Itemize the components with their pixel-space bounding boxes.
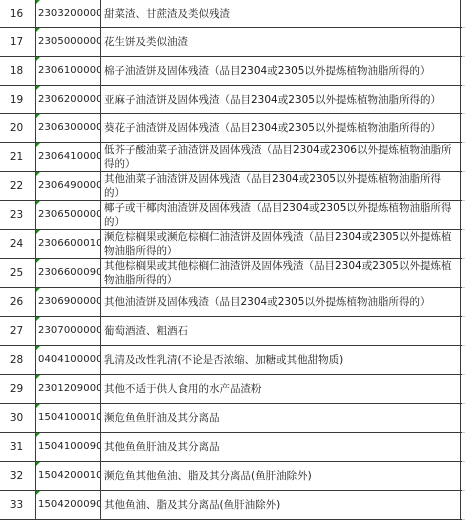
error-indicator-icon	[36, 433, 40, 437]
row-number-cell[interactable]: 30	[0, 404, 36, 432]
empty-cell[interactable]	[461, 57, 465, 85]
product-name-cell[interactable]: 葡萄酒渣、粗酒石	[101, 317, 461, 345]
product-name-cell[interactable]: 葵花子油渣饼及固体残渣（品目2304或2305以外提炼植物油脂所得的）	[101, 114, 461, 142]
row-number-cell[interactable]: 31	[0, 433, 36, 461]
hs-code-text: 2303200000	[38, 7, 101, 21]
product-name-cell[interactable]: 椰子或干椰肉油渣饼及固体残渣（品目2304或2305以外提炼植物油脂所得的）	[101, 201, 461, 229]
hs-code-text: 2306900000	[38, 295, 101, 309]
error-indicator-icon	[36, 86, 40, 90]
product-name-cell[interactable]: 亚麻子油渣饼及固体残渣（品目2304或2305以外提炼植物油脂所得的）	[101, 86, 461, 113]
error-indicator-icon	[36, 172, 40, 176]
row-number-cell[interactable]: 22	[0, 172, 36, 200]
hs-code-cell[interactable]: 1504200090	[36, 491, 101, 519]
empty-cell[interactable]	[461, 491, 465, 519]
hs-code-text: 1504200010	[38, 469, 101, 483]
empty-cell[interactable]	[461, 404, 465, 432]
error-indicator-icon	[36, 114, 40, 118]
table-row: 30 1504100010 濒危鱼鱼肝油及其分离品	[0, 404, 465, 433]
error-indicator-icon	[36, 230, 40, 234]
product-name-cell[interactable]: 濒危棕榈果或濒危棕榈仁油渣饼及固体残渣（品目2304或2305以外提炼植物油脂所…	[101, 230, 461, 258]
table-row: 18 2306100000 棉子油渣饼及固体残渣（品目2304或2305以外提炼…	[0, 57, 465, 86]
hs-code-text: 2306300000	[38, 121, 101, 135]
product-name-cell[interactable]: 低芥子酸油菜子油渣饼及固体残渣（品目2304或2306以外提炼植物油脂所得的）	[101, 143, 461, 171]
error-indicator-icon	[36, 201, 40, 205]
table-row: 27 2307000000 葡萄酒渣、粗酒石	[0, 317, 465, 346]
hs-code-text: 1504100090	[38, 440, 101, 454]
hs-code-text: 2301209000	[38, 382, 101, 396]
hs-code-cell[interactable]: 2306300000	[36, 114, 101, 142]
hs-code-cell[interactable]: 2303200000	[36, 0, 101, 27]
empty-cell[interactable]	[461, 346, 465, 374]
row-number-cell[interactable]: 17	[0, 28, 36, 56]
hs-code-cell[interactable]: 2306200000	[36, 86, 101, 113]
hs-code-cell[interactable]: 1504200010	[36, 462, 101, 490]
hs-code-text: 2306200000	[38, 93, 101, 107]
hs-code-text: 1504100010	[38, 411, 101, 425]
empty-cell[interactable]	[461, 201, 465, 229]
table-row: 29 2301209000 其他不适于供人食用的水产品渣粉	[0, 375, 465, 404]
empty-cell[interactable]	[461, 0, 465, 27]
hs-code-text: 2306410000	[38, 150, 101, 164]
hs-code-text: 2307000000	[38, 324, 101, 338]
table-row: 33 1504200090 其他鱼油、脂及其分离品(鱼肝油除外)	[0, 491, 465, 520]
empty-cell[interactable]	[461, 462, 465, 490]
hs-code-cell[interactable]: 2306410000	[36, 143, 101, 171]
error-indicator-icon	[36, 404, 40, 408]
error-indicator-icon	[36, 259, 40, 263]
table-row: 32 1504200010 濒危鱼其他鱼油、脂及其分离品(鱼肝油除外)	[0, 462, 465, 491]
table-row: 23 2306500000 椰子或干椰肉油渣饼及固体残渣（品目2304或2305…	[0, 201, 465, 230]
empty-cell[interactable]	[461, 172, 465, 200]
table-row: 26 2306900000 其他油渣饼及固体残渣（品目2304或2305以外提炼…	[0, 288, 465, 317]
row-number-cell[interactable]: 33	[0, 491, 36, 519]
product-name-cell[interactable]: 濒危鱼其他鱼油、脂及其分离品(鱼肝油除外)	[101, 462, 461, 490]
row-number-cell[interactable]: 25	[0, 259, 36, 287]
table-row: 24 2306600010 濒危棕榈果或濒危棕榈仁油渣饼及固体残渣（品目2304…	[0, 230, 465, 259]
hs-code-cell[interactable]: 0404100000	[36, 346, 101, 374]
row-number-cell[interactable]: 29	[0, 375, 36, 403]
hs-code-cell[interactable]: 2301209000	[36, 375, 101, 403]
empty-cell[interactable]	[461, 114, 465, 142]
empty-cell[interactable]	[461, 375, 465, 403]
table-row: 17 2305000000 花生饼及类似油渣	[0, 28, 465, 57]
hs-code-cell[interactable]: 2307000000	[36, 317, 101, 345]
product-name-cell[interactable]: 甜菜渣、甘蔗渣及类似残渣	[101, 0, 461, 27]
product-name-cell[interactable]: 其他鱼鱼肝油及其分离品	[101, 433, 461, 461]
hs-code-cell[interactable]: 2306600090	[36, 259, 101, 287]
row-number-cell[interactable]: 32	[0, 462, 36, 490]
hs-code-text: 1504200090	[38, 498, 101, 512]
table-row: 21 2306410000 低芥子酸油菜子油渣饼及固体残渣（品目2304或230…	[0, 143, 465, 172]
spreadsheet-table: 16 2303200000 甜菜渣、甘蔗渣及类似残渣 17 2305000000…	[0, 0, 465, 520]
product-name-cell[interactable]: 其他棕榈果或其他棕榈仁油渣饼及固体残渣（品目2304或2305以外提炼植物油脂所…	[101, 259, 461, 287]
empty-cell[interactable]	[461, 230, 465, 258]
table-row: 16 2303200000 甜菜渣、甘蔗渣及类似残渣	[0, 0, 465, 28]
row-number-cell[interactable]: 27	[0, 317, 36, 345]
hs-code-cell[interactable]: 2306100000	[36, 57, 101, 85]
error-indicator-icon	[36, 57, 40, 61]
hs-code-cell[interactable]: 1504100010	[36, 404, 101, 432]
hs-code-text: 0404100000	[38, 353, 101, 367]
error-indicator-icon	[36, 28, 40, 32]
empty-cell[interactable]	[461, 28, 465, 56]
hs-code-text: 2305000000	[38, 35, 101, 49]
hs-code-text: 2306100000	[38, 64, 101, 78]
empty-cell[interactable]	[461, 288, 465, 316]
table-row: 25 2306600090 其他棕榈果或其他棕榈仁油渣饼及固体残渣（品目2304…	[0, 259, 465, 288]
row-number-cell[interactable]: 18	[0, 57, 36, 85]
error-indicator-icon	[36, 317, 40, 321]
error-indicator-icon	[36, 375, 40, 379]
product-name-cell[interactable]: 其他油渣饼及固体残渣（品目2304或2305以外提炼植物油脂所得的）	[101, 288, 461, 316]
row-number-cell[interactable]: 28	[0, 346, 36, 374]
product-name-cell[interactable]: 棉子油渣饼及固体残渣（品目2304或2305以外提炼植物油脂所得的）	[101, 57, 461, 85]
row-number-cell[interactable]: 16	[0, 0, 36, 27]
hs-code-cell[interactable]: 2306500000	[36, 201, 101, 229]
error-indicator-icon	[36, 462, 40, 466]
empty-cell[interactable]	[461, 317, 465, 345]
empty-cell[interactable]	[461, 86, 465, 113]
empty-cell[interactable]	[461, 433, 465, 461]
error-indicator-icon	[36, 346, 40, 350]
error-indicator-icon	[36, 288, 40, 292]
table-row: 20 2306300000 葵花子油渣饼及固体残渣（品目2304或2305以外提…	[0, 114, 465, 143]
hs-code-text: 2306490000	[38, 179, 101, 193]
table-row: 28 0404100000 乳清及改性乳清(不论是否浓缩、加糖或其他甜物质)	[0, 346, 465, 375]
hs-code-cell[interactable]: 2306490000	[36, 172, 101, 200]
hs-code-text: 2306500000	[38, 208, 101, 222]
row-number-cell[interactable]: 21	[0, 143, 36, 171]
table-row: 22 2306490000 其他油菜子油渣饼及固体残渣（品目2304或2305以…	[0, 172, 465, 201]
product-name-cell[interactable]: 花生饼及类似油渣	[101, 28, 461, 56]
empty-cell[interactable]	[461, 259, 465, 287]
product-name-cell[interactable]: 乳清及改性乳清(不论是否浓缩、加糖或其他甜物质)	[101, 346, 461, 374]
row-number-cell[interactable]: 20	[0, 114, 36, 142]
table-row: 19 2306200000 亚麻子油渣饼及固体残渣（品目2304或2305以外提…	[0, 86, 465, 114]
row-number-cell[interactable]: 24	[0, 230, 36, 258]
row-number-cell[interactable]: 19	[0, 86, 36, 113]
row-number-cell[interactable]: 26	[0, 288, 36, 316]
hs-code-cell[interactable]: 1504100090	[36, 433, 101, 461]
error-indicator-icon	[36, 491, 40, 495]
hs-code-cell[interactable]: 2305000000	[36, 28, 101, 56]
row-number-cell[interactable]: 23	[0, 201, 36, 229]
product-name-cell[interactable]: 其他油菜子油渣饼及固体残渣（品目2304或2305以外提炼植物油脂所得的）	[101, 172, 461, 200]
hs-code-text: 2306600090	[38, 266, 101, 280]
product-name-cell[interactable]: 其他不适于供人食用的水产品渣粉	[101, 375, 461, 403]
product-name-cell[interactable]: 其他鱼油、脂及其分离品(鱼肝油除外)	[101, 491, 461, 519]
table-row: 31 1504100090 其他鱼鱼肝油及其分离品	[0, 433, 465, 462]
hs-code-cell[interactable]: 2306600010	[36, 230, 101, 258]
error-indicator-icon	[36, 0, 40, 4]
hs-code-text: 2306600010	[38, 237, 101, 251]
product-name-cell[interactable]: 濒危鱼鱼肝油及其分离品	[101, 404, 461, 432]
empty-cell[interactable]	[461, 143, 465, 171]
error-indicator-icon	[36, 143, 40, 147]
hs-code-cell[interactable]: 2306900000	[36, 288, 101, 316]
